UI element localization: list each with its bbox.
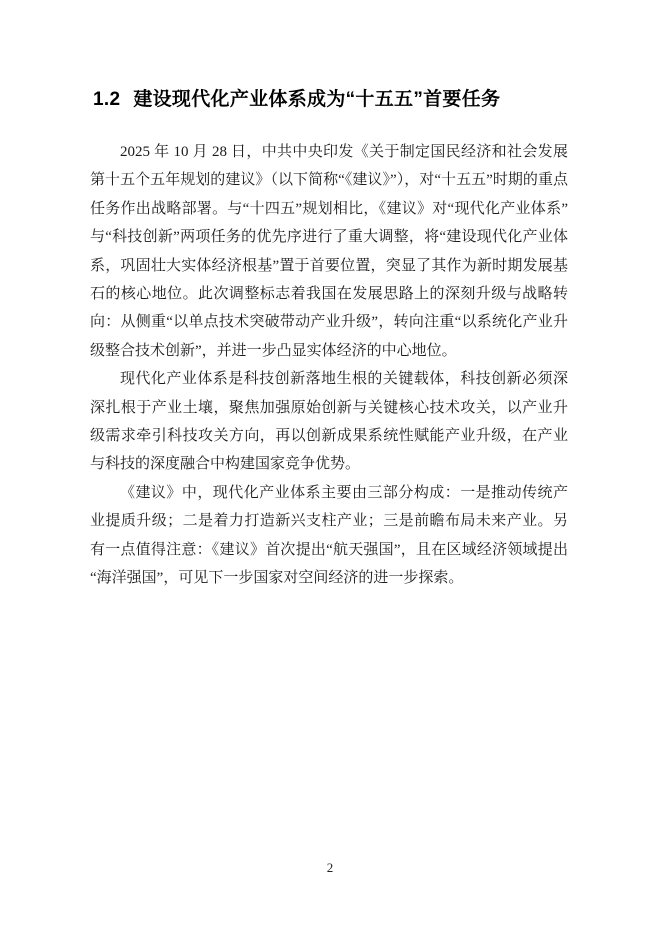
document-page: 1.2建设现代化产业体系成为“十五五”首要任务 2025 年 10 月 28 日… <box>0 0 660 934</box>
page-footer: 2 <box>0 860 660 876</box>
section-title: 建设现代化产业体系成为“十五五”首要任务 <box>133 89 500 110</box>
document-body: 2025 年 10 月 28 日，中共中央印发《关于制定国民经济和社会发展第十五… <box>90 138 568 593</box>
section-heading: 1.2建设现代化产业体系成为“十五五”首要任务 <box>93 84 500 111</box>
page-number: 2 <box>327 860 334 875</box>
body-paragraph-3: 《建议》中，现代化产业体系主要由三部分构成：一是推动传统产业提质升级；二是着力打… <box>90 479 568 593</box>
body-paragraph-1: 2025 年 10 月 28 日，中共中央印发《关于制定国民经济和社会发展第十五… <box>90 138 568 365</box>
body-paragraph-2: 现代化产业体系是科技创新落地生根的关键载体，科技创新必须深深扎根于产业土壤，聚焦… <box>90 365 568 479</box>
section-number: 1.2 <box>93 89 120 110</box>
